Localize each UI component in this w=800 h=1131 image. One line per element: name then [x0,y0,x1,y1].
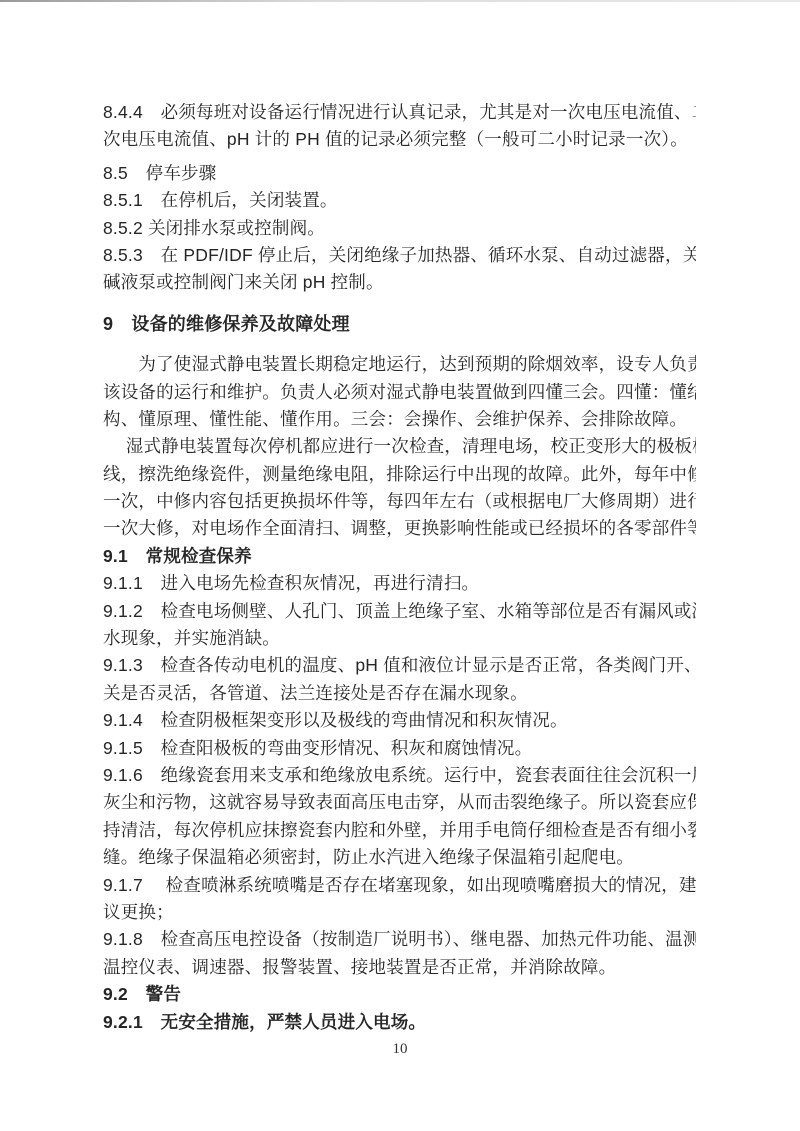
paragraph-maintenance: 湿式静电装置每次停机都应进行一次检查，清理电场，校正变形大的极板极 线，擦洗绝缘… [103,433,696,543]
text-line: 碱液泵或控制阀门来关闭 pH 控制。 [103,269,696,296]
text-line: 9.1.4 检查阴极框架变形以及极线的弯曲情况和积灰情况。 [103,707,696,734]
text-line: 湿式静电装置每次停机都应进行一次检查，清理电场，校正变形大的极板极 [103,433,696,460]
item-9-1-4: 9.1.4 检查阴极框架变形以及极线的弯曲情况和积灰情况。 [103,707,696,734]
item-8-4-4: 8.4.4 必须每班对设备运行情况进行认真记录，尤其是对一次电压电流值、二 次电… [103,99,696,154]
text-line: 9.2.1 无安全措施，严禁人员进入电场。 [103,1009,696,1036]
section-title: 9 设备的维修保养及故障处理 [103,311,696,338]
text-line: 一次，中修内容包括更换损坏件等，每四年左右（或根据电厂大修周期）进行 [103,488,696,515]
text-line: 9.1.8 检查高压电控设备（按制造厂说明书）、继电器、加热元件功能、温测 [103,926,696,953]
item-9-1-8: 9.1.8 检查高压电控设备（按制造厂说明书）、继电器、加热元件功能、温测 温控… [103,926,696,981]
item-9-1-1: 9.1.1 进入电场先检查积灰情况，再进行清扫。 [103,570,696,597]
sub-heading-title: 9.1 常规检查保养 [103,543,696,570]
item-8-5-1: 8.5.1 在停机后，关闭装置。 [103,187,696,214]
text-line: 灰尘和污物，这就容易导致表面高压电击穿，从而击裂绝缘子。所以瓷套应保 [103,789,696,816]
text-line: 8.5 停车步骤 [103,160,696,187]
item-8-5-2: 8.5.2 关闭排水泵或控制阀。 [103,215,696,242]
text-line: 9.1.5 检查阳极板的弯曲变形情况、积灰和腐蚀情况。 [103,735,696,762]
text-line: 温控仪表、调速器、报警装置、接地装置是否正常，并消除故障。 [103,954,696,981]
item-9-1-6: 9.1.6 绝缘瓷套用来支承和绝缘放电系统。运行中，瓷套表面往往会沉积一层 灰尘… [103,762,696,872]
sub-heading-title: 9.2 警告 [103,981,696,1008]
item-8-5-3: 8.5.3 在 PDF/IDF 停止后，关闭绝缘子加热器、循环水泵、自动过滤器，… [103,242,696,297]
sub-heading-9-2: 9.2 警告 [103,981,696,1008]
text-line: 次电压电流值、pH 计的 PH 值的记录必须完整（一般可二小时记录一次）。 [103,126,696,153]
text-line: 水现象，并实施消缺。 [103,625,696,652]
text-line: 8.5.3 在 PDF/IDF 停止后，关闭绝缘子加热器、循环水泵、自动过滤器，… [103,242,696,269]
page-number: 10 [0,1041,800,1058]
text-line: 9.1.2 检查电场侧壁、人孔门、顶盖上绝缘子室、水箱等部位是否有漏风或漏 [103,598,696,625]
text-line: 9.1.7 检查喷淋系统喷嘴是否存在堵塞现象，如出现喷嘴磨损大的情况，建 [103,872,696,899]
heading-8-5: 8.5 停车步骤 [103,160,696,187]
text-line: 为了使湿式静电装置长期稳定地运行，达到预期的除烟效率，设专人负责 [103,351,696,378]
item-9-2-1: 9.2.1 无安全措施，严禁人员进入电场。 [103,1009,696,1036]
text-line: 8.5.1 在停机后，关闭装置。 [103,187,696,214]
text-line: 线，擦洗绝缘瓷件，测量绝缘电阻，排除运行中出现的故障。此外，每年中修 [103,461,696,488]
item-9-1-5: 9.1.5 检查阳极板的弯曲变形情况、积灰和腐蚀情况。 [103,735,696,762]
text-line: 8.5.2 关闭排水泵或控制阀。 [103,215,696,242]
item-9-1-3: 9.1.3 检查各传动电机的温度、pH 值和液位计显示是否正常，各类阀门开、 关… [103,652,696,707]
sub-heading-9-1: 9.1 常规检查保养 [103,543,696,570]
section-heading-9: 9 设备的维修保养及故障处理 [103,311,696,338]
text-line: 9.1.1 进入电场先检查积灰情况，再进行清扫。 [103,570,696,597]
text-line: 关是否灵活，各管道、法兰连接处是否存在漏水现象。 [103,680,696,707]
text-line: 缝。绝缘子保温箱必须密封，防止水汽进入绝缘子保温箱引起爬电。 [103,844,696,871]
text-line: 8.4.4 必须每班对设备运行情况进行认真记录，尤其是对一次电压电流值、二 [103,99,696,126]
text-line: 9.1.3 检查各传动电机的温度、pH 值和液位计显示是否正常，各类阀门开、 [103,652,696,679]
text-line: 一次大修，对电场作全面清扫、调整，更换影响性能或已经损坏的各零部件等。 [103,515,696,542]
text-line: 构、懂原理、懂性能、懂作用。三会：会操作、会维护保养、会排除故障。 [103,406,696,433]
paragraph-overview: 为了使湿式静电装置长期稳定地运行，达到预期的除烟效率，设专人负责 该设备的运行和… [103,351,696,433]
text-line: 该设备的运行和维护。负责人必须对湿式静电装置做到四懂三会。四懂：懂结 [103,379,696,406]
scan-edge-artifact [0,0,800,2]
item-9-1-2: 9.1.2 检查电场侧壁、人孔门、顶盖上绝缘子室、水箱等部位是否有漏风或漏 水现… [103,598,696,653]
text-line: 9.1.6 绝缘瓷套用来支承和绝缘放电系统。运行中，瓷套表面往往会沉积一层 [103,762,696,789]
item-9-1-7: 9.1.7 检查喷淋系统喷嘴是否存在堵塞现象，如出现喷嘴磨损大的情况，建 议更换… [103,872,696,927]
document-page: 8.4.4 必须每班对设备运行情况进行认真记录，尤其是对一次电压电流值、二 次电… [0,0,800,1131]
text-line: 议更换； [103,899,696,926]
document-body: 8.4.4 必须每班对设备运行情况进行认真记录，尤其是对一次电压电流值、二 次电… [103,99,696,1036]
text-line: 持清洁，每次停机应抹擦瓷套内腔和外壁，并用手电筒仔细检查是否有细小裂 [103,817,696,844]
